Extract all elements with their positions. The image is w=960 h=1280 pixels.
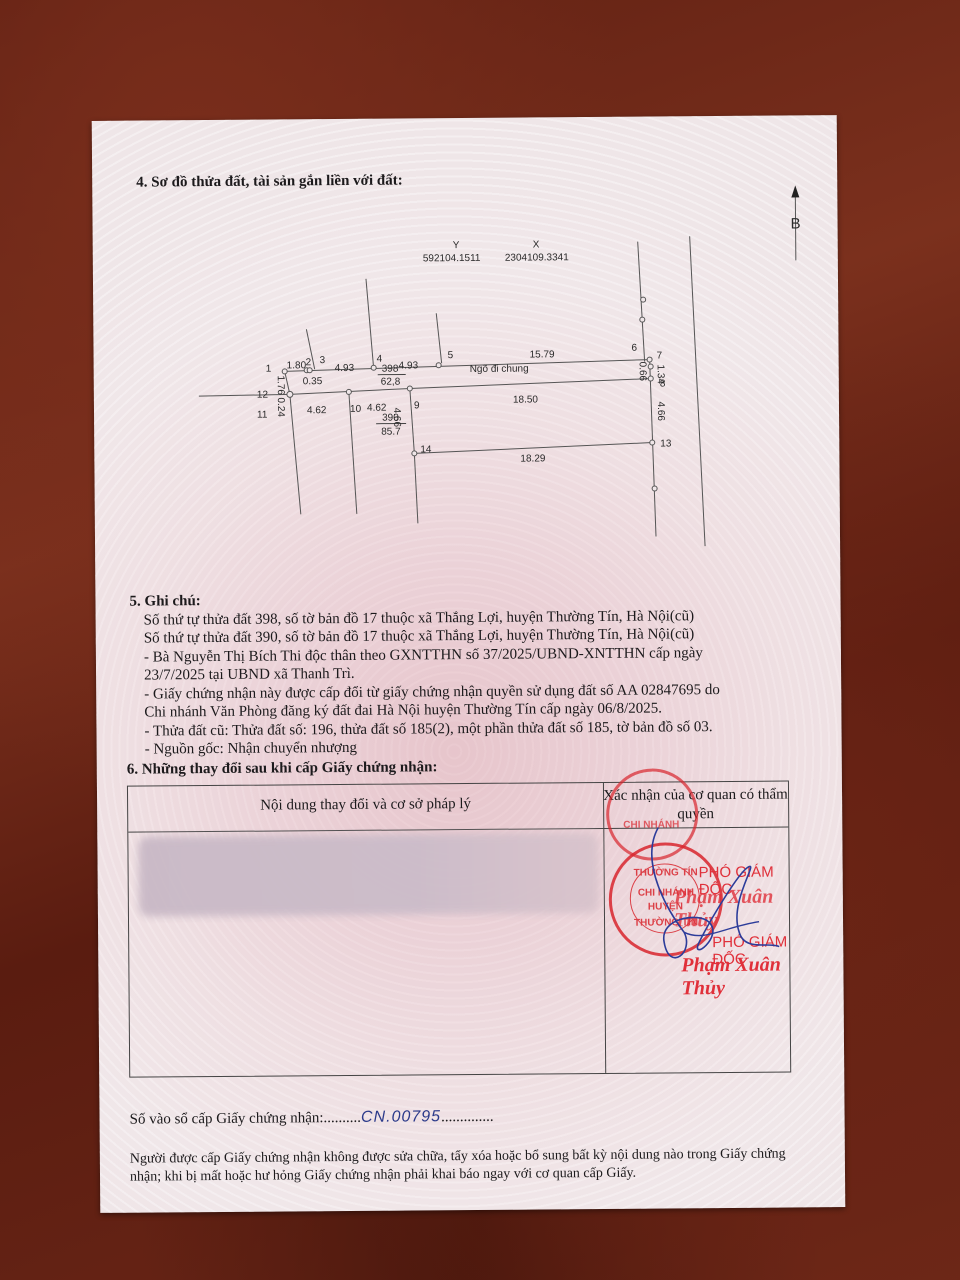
registry-label: Số vào sổ cấp Giấy chứng nhận: <box>130 1110 324 1128</box>
edge-length-14-13: 18.29 <box>520 453 545 464</box>
plot-lines <box>92 115 841 581</box>
edge-length-4-5: 4.93 <box>399 360 419 371</box>
parcel-398-note: Ngõ đi chung <box>470 364 529 375</box>
land-certificate-page: 4. Sơ đồ thửa đất, tài sản gắn liền với … <box>92 115 846 1213</box>
point-label-3: 3 <box>320 355 326 366</box>
edge-length-9-8: 18.50 <box>513 394 538 405</box>
point-label-13: 13 <box>660 438 671 449</box>
point-label-6: 6 <box>631 343 637 354</box>
note-line: - Nguồn gốc: Nhận chuyển nhượng <box>135 735 815 759</box>
handwritten-signature-icon <box>628 821 789 992</box>
land-plot-diagram: B Y X 592104.1511 2304109.3341 1 2 3 4 5… <box>92 115 841 581</box>
coord-x-value: 2304109.3341 <box>505 252 569 264</box>
registry-dots: .......... <box>323 1110 361 1126</box>
edge-length-7-8: 1.34 <box>655 364 666 384</box>
parcel-398-area: 62,8 <box>381 377 401 388</box>
point-label-10: 10 <box>350 404 361 415</box>
edge-length-8-13: 4.66 <box>655 401 666 421</box>
changes-table: Nội dung thay đổi và cơ sở pháp lý Xác n… <box>127 780 791 1077</box>
point-label-7: 7 <box>657 350 663 361</box>
coord-y-value: 592104.1511 <box>423 253 481 264</box>
coord-y-label: Y <box>453 240 460 251</box>
redacted-content <box>138 833 599 917</box>
point-label-12: 12 <box>257 390 268 401</box>
parcel-398-number: 398 <box>382 364 399 375</box>
edge-length-3-4: 4.93 <box>335 363 355 374</box>
edge-length-5-6: 15.79 <box>530 349 555 360</box>
registry-dots: .............. <box>441 1109 494 1125</box>
changes-content-column <box>128 783 606 1077</box>
certificate-warning: Người được cấp Giấy chứng nhận không đượ… <box>130 1145 820 1186</box>
point-label-2: 2 <box>306 357 312 368</box>
edge-length-12-11: 0.24 <box>275 397 286 417</box>
edge-length-6-7: 0.66 <box>637 362 648 382</box>
section-5-notes: 5. Ghi chú: Số thứ tự thửa đất 398, số t… <box>133 587 814 759</box>
point-label-1: 1 <box>266 364 272 375</box>
registry-number-row: Số vào sổ cấp Giấy chứng nhận:..........… <box>129 1108 493 1129</box>
edge-length-12-10: 4.62 <box>307 405 327 416</box>
section-6-title: 6. Những thay đổi sau khi cấp Giấy chứng… <box>127 759 438 778</box>
north-arrow-label: B <box>790 215 800 232</box>
parcel-390-area: 85.7 <box>381 427 401 438</box>
point-label-9: 9 <box>414 400 420 411</box>
coord-x-label: X <box>533 239 540 250</box>
edge-length-1-12: 1.76 <box>275 375 286 395</box>
point-label-11: 11 <box>257 410 267 421</box>
point-label-5: 5 <box>448 350 454 361</box>
edge-length-2-3: 0.35 <box>303 376 323 387</box>
registry-number: CN.00795 <box>361 1108 441 1126</box>
edge-length-1-2: 1.80 <box>287 360 307 371</box>
point-label-14: 14 <box>420 444 431 455</box>
parcel-390-number: 390 <box>382 413 399 424</box>
